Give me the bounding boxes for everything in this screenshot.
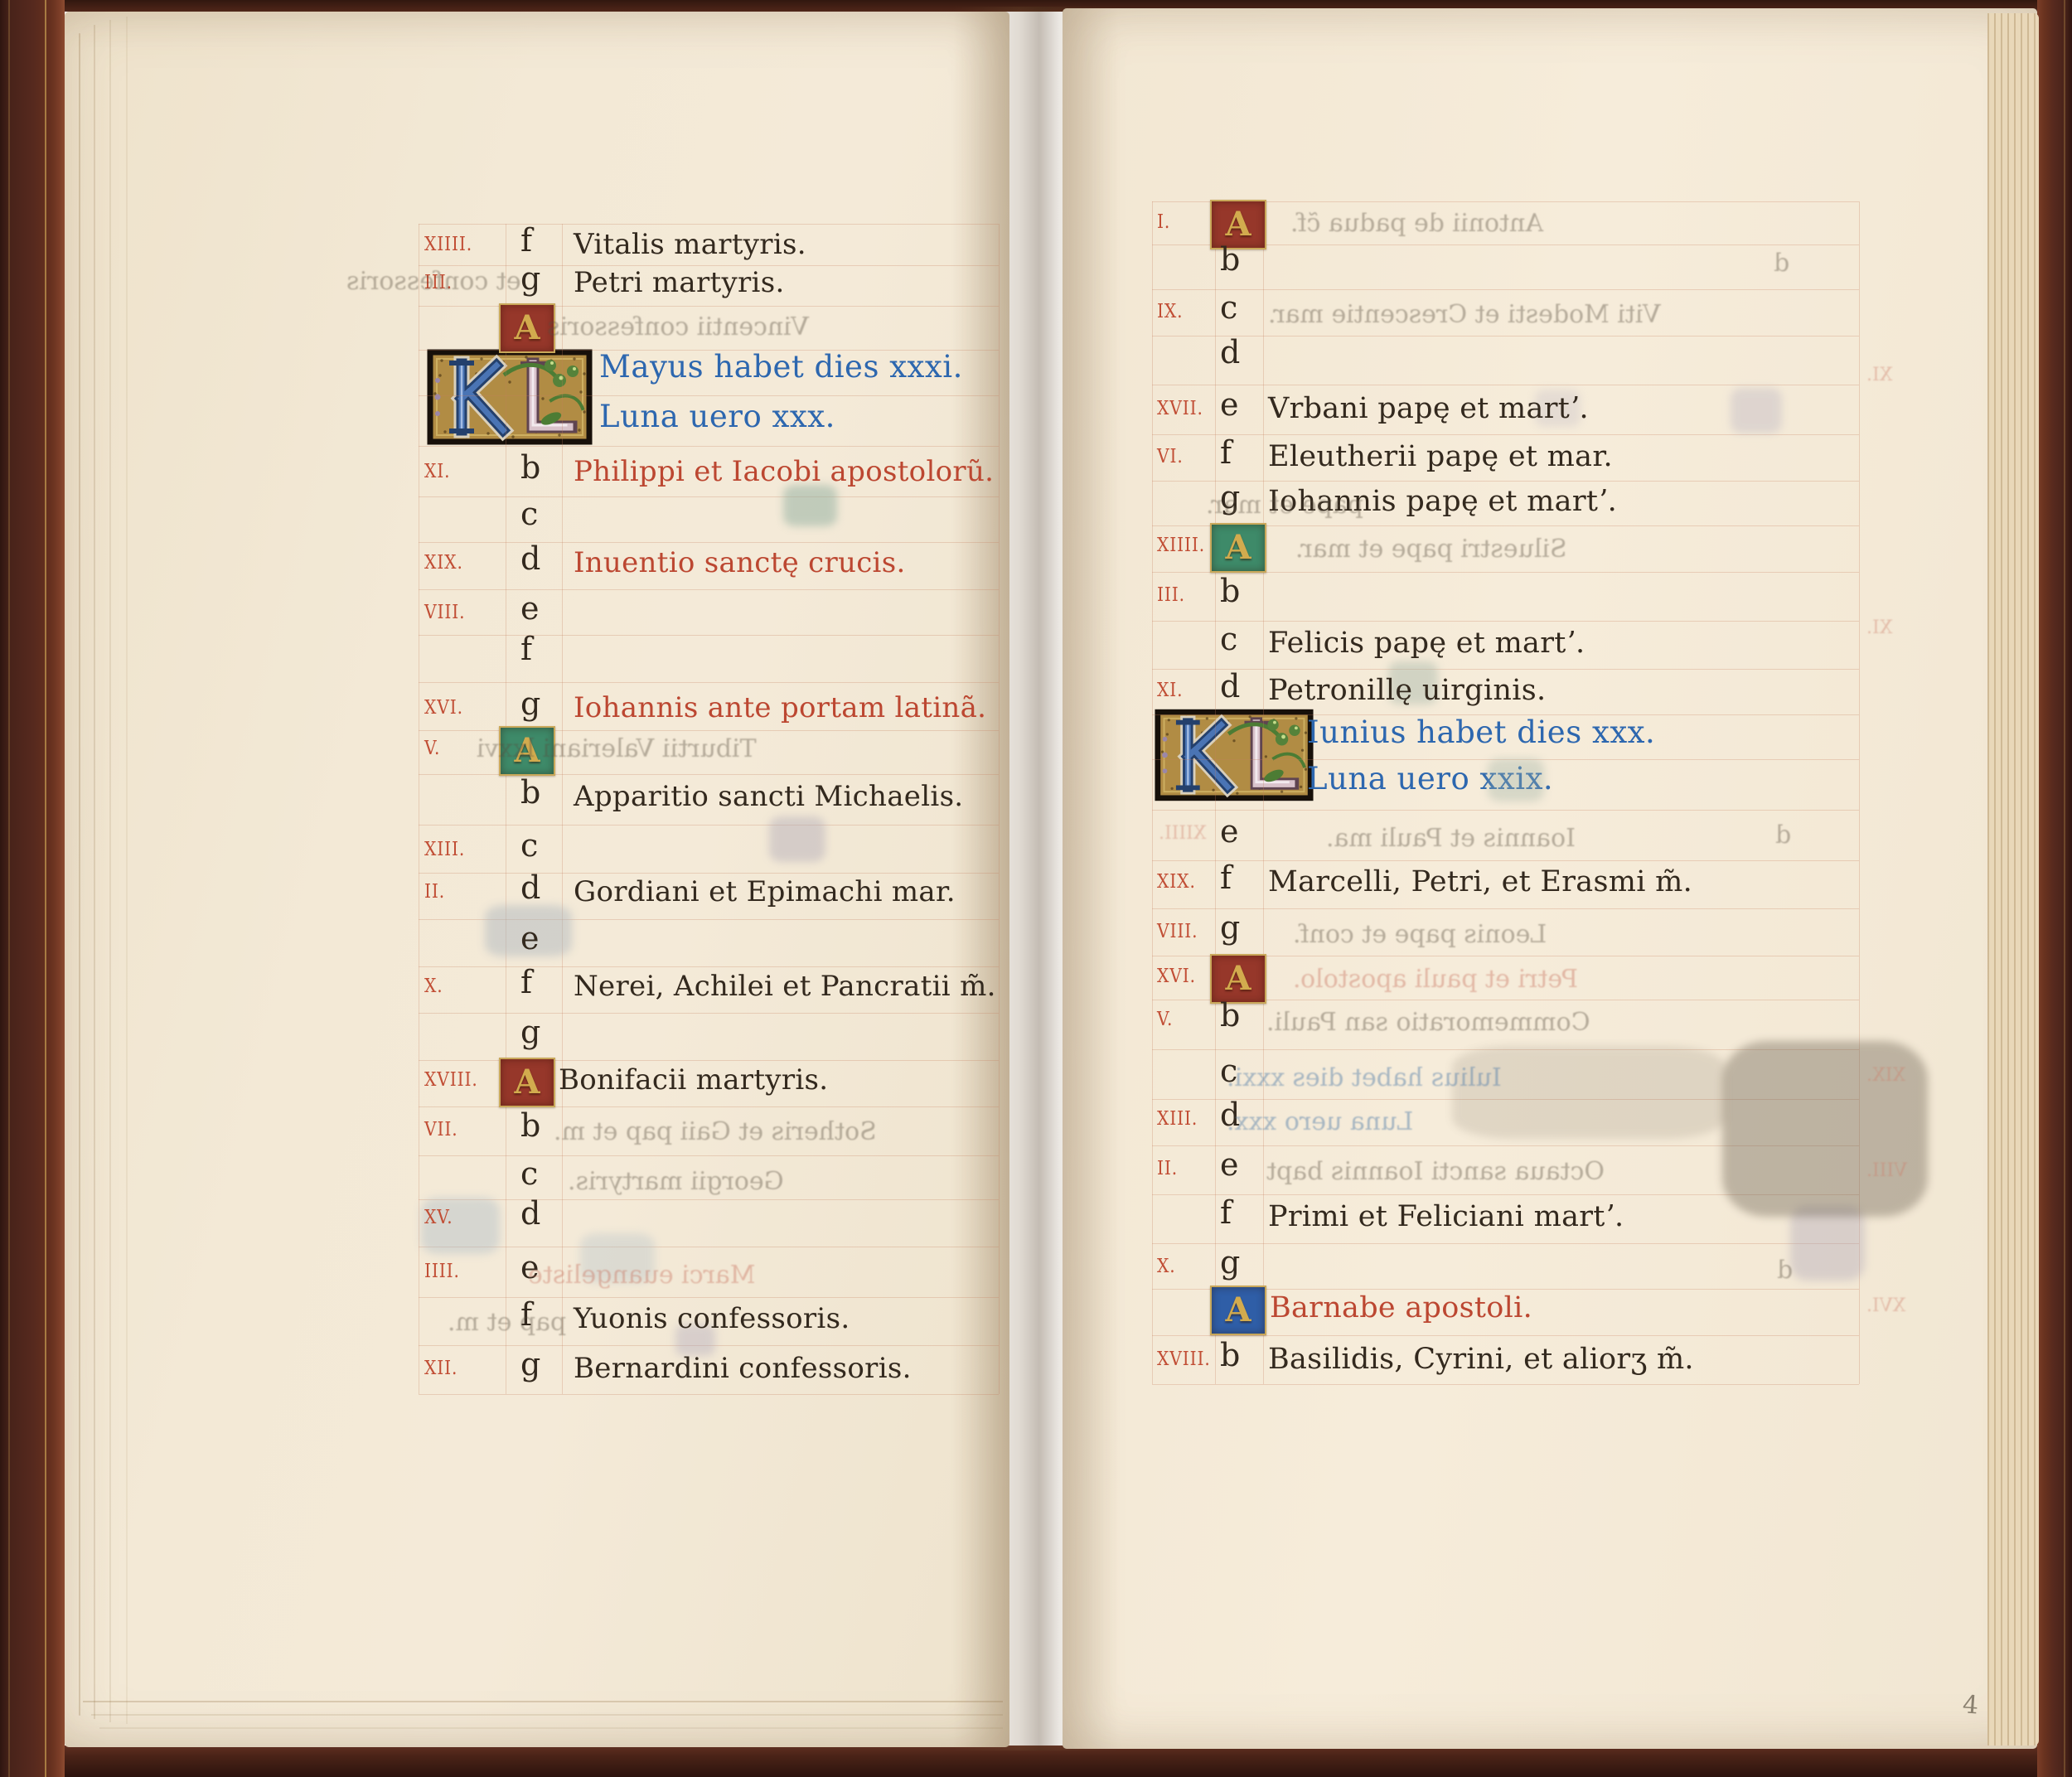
golden-number: ix. [1157, 301, 1183, 322]
golden-number: i. [1157, 211, 1170, 233]
dominical-letter: c [1220, 623, 1237, 655]
golden-number: xiiii. [1157, 535, 1205, 556]
feast-entry: Felicis papę et martʼ. [1268, 627, 1585, 660]
show-through-ghost-text: Georgii martyris. [568, 1167, 784, 1196]
ruled-line [1152, 289, 1859, 290]
golden-number: iii. [1157, 584, 1185, 606]
show-through-ghost-text: Petri et pauli apostolo. [1293, 965, 1578, 994]
fore-edge-page-stack [1987, 13, 2039, 1746]
dominical-letter: f [520, 633, 532, 665]
show-through-ghost-text: d [1775, 821, 1791, 850]
dominical-letter: d [1220, 671, 1240, 702]
golden-number: iiii. [424, 1261, 460, 1282]
show-through-ghost-text: Siluestri pape et mar. [1295, 535, 1567, 564]
show-through-ghost-text: d [1774, 249, 1789, 278]
golden-number: xi. [424, 461, 450, 482]
golden-number: xviii. [424, 1069, 478, 1091]
golden-number: xi. [1157, 680, 1183, 701]
golden-number: xvi. [1157, 966, 1196, 987]
dominical-letter: g [1220, 1247, 1240, 1278]
feast-entry: Eleutherii papę et mar. [1268, 440, 1613, 473]
dominical-letter: e [520, 593, 540, 624]
ruled-line [1152, 714, 1859, 715]
show-through-ghost-text: Luna uero xxx. [1227, 1107, 1413, 1136]
dominical-letter: e [1220, 389, 1239, 420]
ruled-line [1152, 481, 1859, 482]
dominical-letter: b [1220, 1000, 1240, 1031]
leaf-edge [109, 20, 111, 1722]
ruled-line [1152, 1243, 1859, 1244]
golden-number: xix. [424, 552, 463, 574]
kl-monogram-may [427, 348, 593, 446]
dominical-letter: d [520, 543, 540, 574]
golden-number: xvii. [1157, 398, 1203, 419]
dominical-letter: e [1220, 1149, 1239, 1180]
show-through-ghost-text: pape et mar. [1206, 491, 1363, 520]
initial-letter-A: A [514, 312, 540, 345]
feast-entry: Primi et Feliciani martʼ. [1268, 1200, 1624, 1233]
show-through-ghost-text: Iulius habet dies xxxi. [1227, 1063, 1502, 1092]
show-through-ghost-text: d [1777, 1256, 1793, 1285]
show-through-ghost-text: xi. [1866, 365, 1892, 385]
dominical-letter: d [520, 1198, 540, 1229]
golden-number: v. [424, 738, 440, 759]
dominical-letter: c [520, 498, 538, 530]
gold-tooling-line [8, 0, 10, 1777]
illuminated-initial-red: A [499, 1058, 555, 1107]
golden-number: xii. [424, 1358, 457, 1379]
show-through-ghost-text: xi. [1866, 617, 1892, 638]
dominical-letter: f [520, 225, 532, 256]
stain-mark [783, 485, 837, 526]
illuminated-initial-green: A [1210, 523, 1266, 573]
binding-right-cover [2037, 0, 2072, 1777]
ruled-line [1152, 908, 1859, 909]
leaf-edge [126, 17, 128, 1724]
dominical-letter: d [520, 872, 540, 903]
golden-number: x. [1157, 1256, 1176, 1277]
initial-letter-A: A [1225, 208, 1251, 241]
dominical-letter: g [520, 263, 540, 294]
golden-number: xiiii. [424, 234, 472, 255]
dominical-letter: b [520, 1110, 540, 1141]
ruled-line [1152, 434, 1859, 435]
dominical-letter: b [1220, 575, 1240, 607]
dominical-letter: b [520, 452, 540, 483]
show-through-ghost-text: Antonii de padua c̃f. [1290, 209, 1543, 238]
folio-number: 4 [1962, 1690, 1979, 1720]
dominical-letter: f [520, 966, 532, 998]
feast-entry: Gordiani et Epimachi mar. [574, 875, 956, 908]
feast-entry: Yuonis confessoris. [574, 1302, 850, 1335]
feast-entry: Barnabe apostoli. [1270, 1291, 1532, 1324]
initial-letter-A: A [514, 1066, 540, 1099]
golden-number: viii. [1157, 921, 1198, 942]
feast-entry: Basilidis, Cyrini, et aliorʒ m̃. [1268, 1343, 1694, 1376]
show-through-ghost-text: pap et m. [448, 1308, 566, 1337]
stain-mark [769, 816, 825, 862]
ruled-line [1152, 810, 1859, 811]
golden-number: vi. [1157, 446, 1184, 467]
golden-number: xiii. [1157, 1108, 1198, 1130]
feast-entry: Petri martyris. [574, 266, 785, 299]
initial-letter-A: A [1225, 962, 1251, 995]
feast-entry: Bernardini confessoris. [574, 1352, 912, 1385]
dominical-letter: g [1220, 912, 1240, 943]
feast-entry: Philippi et Iacobi apostolorũ. [574, 455, 994, 488]
show-through-ghost-text: Viti Modesti et Crescentie mar. [1268, 300, 1661, 329]
june-caption-line1: Iunius habet dies xxx. [1307, 714, 1655, 750]
show-through-ghost-text: xvi. [1866, 1295, 1905, 1316]
golden-number: v. [1157, 1009, 1173, 1030]
show-through-ghost-text: viii. [1866, 1160, 1907, 1181]
golden-number: xix. [1157, 871, 1196, 893]
dominical-letter: d [1220, 337, 1240, 368]
dominical-letter: c [1220, 292, 1237, 323]
dominical-letter: c [520, 1158, 538, 1189]
feast-entry: Petronillę uirginis. [1268, 674, 1546, 707]
ruled-line [1152, 385, 1859, 385]
may-caption-line1: Mayus habet dies xxxi. [599, 349, 963, 385]
gold-tooling-line [2064, 0, 2065, 1777]
dominical-letter: f [1220, 1197, 1232, 1228]
feast-entry: Bonifacii martyris. [559, 1063, 828, 1097]
dominical-letter: e [520, 922, 540, 954]
golden-number: xvi. [424, 697, 463, 719]
golden-number: ii. [424, 881, 445, 903]
golden-number: ii. [1157, 1158, 1178, 1179]
golden-number: xiii. [424, 839, 465, 860]
show-through-ghost-text: Ioannis et Pauli ma. [1326, 824, 1576, 853]
ruled-line [1152, 201, 1153, 1384]
ruled-line [1152, 669, 1859, 670]
ruled-line [1152, 860, 1859, 861]
golden-number: x. [424, 976, 443, 997]
dominical-letter: f [1220, 437, 1232, 468]
dominical-letter: e [1220, 816, 1239, 847]
illuminated-initial-blue: A [1210, 1286, 1266, 1335]
ruled-line [562, 224, 563, 1394]
feast-entry: Iohannis ante portam latinã. [574, 691, 986, 724]
stain-mark [1488, 758, 1544, 801]
show-through-ghost-text: Tiburtii Valeriani lxxvi [477, 734, 757, 763]
ruled-line [1152, 336, 1859, 337]
illuminated-initial-red: A [1210, 954, 1266, 1004]
dominical-letter: b [1220, 244, 1240, 275]
leaf-bottom-edge [99, 1727, 1003, 1729]
kl-monogram-art [1155, 708, 1314, 802]
feast-entry: Vitalis martyris. [574, 228, 806, 261]
manuscript-photo: Mayus habet dies xxxi. Luna uero xxx. Iu… [0, 0, 2072, 1777]
ruled-line [419, 224, 419, 1394]
ruled-line [1152, 621, 1859, 622]
kl-monogram-june [1155, 708, 1314, 802]
initial-letter-A: A [1225, 1294, 1251, 1327]
may-caption-line2: Luna uero xxx. [599, 399, 835, 434]
ruled-line [1152, 1384, 1859, 1385]
gutter-shadow [953, 7, 1119, 1750]
initial-letter-A: A [1225, 531, 1251, 564]
show-through-ghost-text: Sotheris et Gaii pap et m. [554, 1117, 877, 1146]
dominical-letter: b [1220, 1339, 1240, 1371]
stain-mark [1731, 388, 1782, 433]
feast-entry: Vrbani papę et martʼ. [1268, 392, 1589, 425]
show-through-ghost-text: xiiii. [1159, 823, 1206, 844]
golden-number: xv. [424, 1207, 453, 1228]
feast-entry: Nerei, Achilei et Pancratii m̃. [574, 970, 996, 1003]
ruled-line [1263, 201, 1264, 1384]
ruled-line [506, 224, 506, 1394]
show-through-ghost-text: et confessoris [346, 267, 521, 296]
golden-number: xviii. [1157, 1348, 1211, 1370]
golden-number: viii. [424, 602, 465, 623]
dominical-letter: g [520, 1016, 540, 1048]
show-through-ghost-text: Leonis pape et conf. [1293, 920, 1547, 949]
golden-number: vii. [424, 1119, 458, 1140]
ruled-line [1152, 1335, 1859, 1336]
dominical-letter: f [1220, 862, 1232, 893]
gold-tooling-line [45, 0, 46, 1777]
dominical-letter: g [520, 1348, 540, 1380]
show-through-ghost-text: Marci euangeliste [528, 1261, 756, 1290]
kl-monogram-art [427, 348, 593, 446]
dominical-letter: g [520, 688, 540, 719]
leaf-bottom-edge [83, 1701, 1003, 1702]
show-through-ghost-text: Vincentii confessoris [547, 312, 809, 341]
dominical-letter: c [520, 830, 538, 861]
ruled-line [999, 224, 1000, 1394]
feast-entry: Apparitio sancti Michaelis. [574, 780, 963, 813]
binding-left-cover [0, 0, 65, 1777]
feast-entry: Marcelli, Petri, et Erasmi m̃. [1268, 865, 1692, 898]
leaf-edge [79, 33, 80, 1716]
stain-mark [1790, 1206, 1865, 1281]
ruled-line [419, 1394, 999, 1395]
show-through-ghost-text: xix. [1866, 1065, 1905, 1086]
leaf-bottom-edge [91, 1714, 1003, 1716]
ruled-line [1215, 201, 1216, 1384]
dominical-letter: b [520, 777, 540, 808]
show-through-ghost-text: Octaua sancti Ioannis bapt [1266, 1157, 1605, 1186]
leaf-edge [94, 25, 95, 1719]
show-through-ghost-text: Commemoratio san Pauli. [1266, 1008, 1590, 1037]
stain-mark [1452, 1046, 1726, 1139]
feast-entry: Inuentio sanctę crucis. [574, 546, 906, 579]
